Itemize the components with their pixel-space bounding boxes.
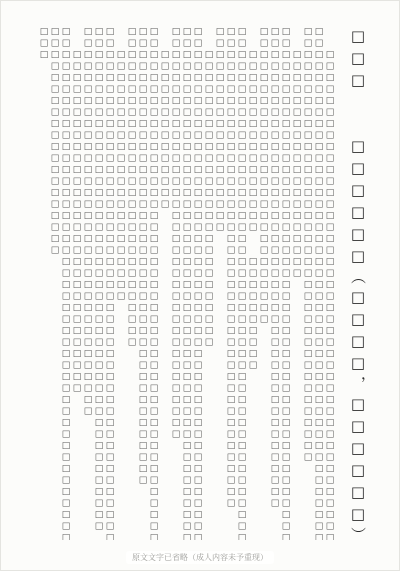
redacted-text-column: □□□□□□□□□□□□□□□□□□□□□□□□□□□□□□□□□□□□□□□□…	[269, 27, 280, 540]
redacted-text-column: □□□□□□□□□□□□□□□□□□□□□□□□□□□□□□□□□□□□□□□□…	[104, 27, 115, 540]
redacted-text-column: □□□□□□□□□□□□□□□□□□□□□□□□□□□□□□□□□□□□□□□□…	[181, 27, 192, 540]
redacted-text-column: □□□□□□□□□□□□□□□□□□□□	[49, 27, 60, 540]
redacted-text-column: □□□□□□□□□□□□□□□□□□□□□□□□□□□□□□□□□□□□□□□□…	[192, 27, 203, 540]
redacted-text-column: □□□□□□□□□□□□□□	[159, 27, 170, 540]
redacted-text-column: □□□□□□□□□□□□□□□□□□□□□□□□□□□□	[126, 27, 137, 540]
document-title-redacted: □□□ □□□□□□（□□□□，□□□□□□）	[347, 27, 369, 540]
redacted-text-column: □□□□□□□□□□□□□□□□□□□□□□□□□□□□□□□□□□□□□□□□	[137, 27, 148, 540]
redacted-text-column: □□□□□□□□□□□□□□□□□□□□□□□□□□□□□□□□□□□□□□□□…	[60, 27, 71, 540]
redacted-text-column: □□□□□□□□□□□□□□□□□□□□□□□□□□	[258, 27, 269, 540]
redacted-text-column: □□□□□□□□□□□□□□□□□□□□□□□□□□□□□□□□□□□□□□□□…	[93, 27, 104, 540]
redacted-text-column: □□□□□□□□□□□□□□□□□□□□□□	[115, 27, 126, 540]
redacted-text-column: □□□□□□□□□□□□□□□□□□	[214, 27, 225, 540]
redacted-text-column: □□□□□□□□□□□□□□□□ □□□□□□□□□□	[247, 27, 258, 540]
redaction-notice: 原文文字已省略（成人内容未予重现）	[126, 551, 274, 564]
redacted-text-column: □□□□□□□□□□□□□□□□□□□□	[291, 27, 302, 540]
redacted-text-column: □□□□□□□□□□□□□□□□□□□□□□□□□□□□□□□□□□□□□□□□…	[225, 27, 236, 540]
redacted-text-column: □□□□□□□□□□□□□□□□□□□□□□□□□□□□□□□□□□□□□□□□…	[148, 27, 159, 540]
redacted-text-column: □□□□□□□□□□□□□□□□□□□□□□□□□□	[203, 27, 214, 540]
redacted-text-column: □□□□□□□□□□□□□□□□□□□□□□□□□□□□□□□□□□□□□□	[302, 27, 313, 540]
redacted-text-column: □□□□□□□□□□□□□□□□□□□□□□□□□□□□□□□□□□□□□□□□…	[324, 27, 335, 540]
scanned-document-page: □□□ □□□□□□（□□□□，□□□□□□） □□□□□□□□□□□□□□□□…	[0, 0, 400, 571]
redacted-text-column: □□□□□□□□□□□□□□□□□□□□□□□□□□□□□□□□□□□□	[170, 27, 181, 540]
redacted-text-column: □□□□□□□□□□□□□□□□□□□□□□□□□□□□□□□□□□□□□□□□…	[236, 27, 247, 540]
redacted-text-column: □□□□□□□□□□□□□□□□□□□□□□□□□□□□□□□□□□□□□□□□…	[313, 27, 324, 540]
vertical-text-area: □□□ □□□□□□（□□□□，□□□□□□） □□□□□□□□□□□□□□□□…	[17, 27, 369, 540]
redacted-text-column: □□□□□□□□□□□□□□□□□□□□□□□□□□□□□□□□□□	[82, 27, 93, 540]
redacted-text-column: □□□□□□□□□□□□□□□□□□□□□□□□□□□□□□	[71, 27, 82, 540]
redacted-text-column: □□□□□□□□□□□□□□□□□□□□□□□□□□□□□□□□□□□□□□□□…	[280, 27, 291, 540]
redacted-text-column: □□□	[38, 27, 49, 540]
